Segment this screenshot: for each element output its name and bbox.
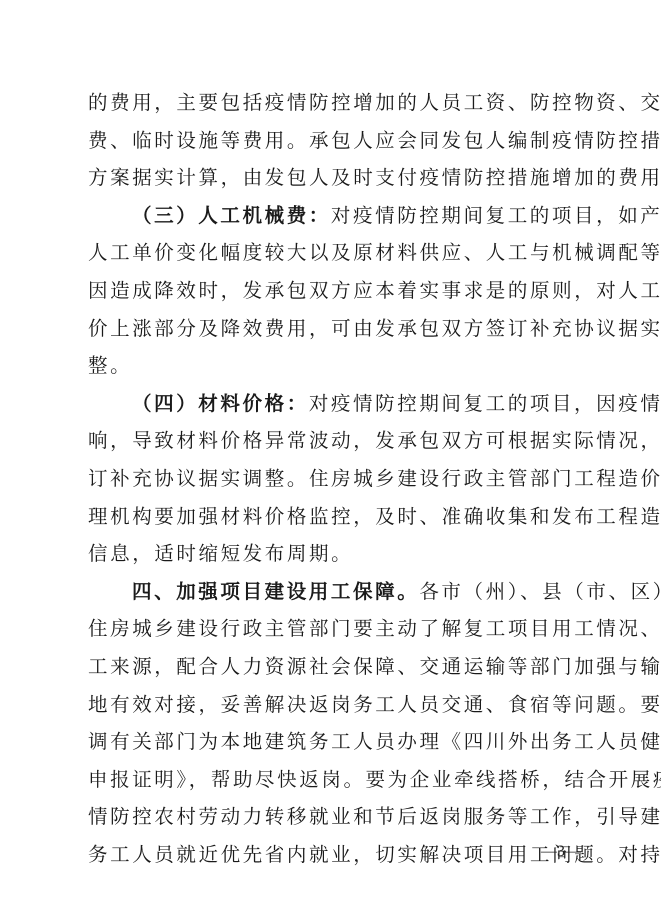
text-line: 地有效对接，妥善解决返岗务工人员交通、食宿等问题。要协 (88, 686, 582, 724)
text-line: 人工单价变化幅度较大以及原材料供应、人工与机械调配等原 (88, 234, 582, 272)
text-line: 情防控农村劳动力转移就业和节后返岗服务等工作，引导建筑 (88, 798, 582, 836)
text-line: 价上涨部分及降效费用，可由发承包双方签订补充协议据实调 (88, 310, 582, 348)
text-line: （三）人工机械费：对疫情防控期间复工的项目，如产生 (88, 197, 582, 235)
text-line: 响，导致材料价格异常波动，发承包双方可根据实际情况，签 (88, 422, 582, 460)
section-heading: 四、加强项目建设用工保障。 (132, 580, 419, 603)
text-line: 费、临时设施等费用。承包人应会同发包人编制疫情防控措施 (88, 122, 582, 160)
text-line: 信息，适时缩短发布周期。 (88, 535, 582, 573)
paragraph-cost-continuation: 的费用，主要包括疫情防控增加的人员工资、防控物资、交通 费、临时设施等费用。承包… (88, 84, 582, 197)
paragraph-material-price: （四）材料价格：对疫情防控期间复工的项目，因疫情影 响，导致材料价格异常波动，发… (88, 385, 582, 573)
section-heading: （三）人工机械费： (132, 204, 331, 227)
document-body: 的费用，主要包括疫情防控增加的人员工资、防控物资、交通 费、临时设施等费用。承包… (88, 84, 582, 873)
text-line: 申报证明》，帮助尽快返岗。要为企业牵线搭桥，结合开展疫 (88, 761, 582, 799)
text-line: 的费用，主要包括疫情防控增加的人员工资、防控物资、交通 (88, 84, 582, 122)
paragraph-labor-guarantee: 四、加强项目建设用工保障。各市（州）、县（市、区） 住房城乡建设行政主管部门要主… (88, 573, 582, 874)
text-line: 四、加强项目建设用工保障。各市（州）、县（市、区） (88, 573, 582, 611)
text-line: 因造成降效时，发承包双方应本着实事求是的原则，对人工单 (88, 272, 582, 310)
paragraph-labor-machinery: （三）人工机械费：对疫情防控期间复工的项目，如产生 人工单价变化幅度较大以及原材… (88, 197, 582, 385)
text-line: （四）材料价格：对疫情防控期间复工的项目，因疫情影 (88, 385, 582, 423)
document-page: 的费用，主要包括疫情防控增加的人员工资、防控物资、交通 费、临时设施等费用。承包… (0, 0, 661, 920)
page-number: —3— (541, 843, 581, 861)
text-line: 理机构要加强材料价格监控，及时、准确收集和发布工程造价 (88, 498, 582, 536)
text-line: 住房城乡建设行政主管部门要主动了解复工项目用工情况、用 (88, 610, 582, 648)
text-line: 整。 (88, 347, 582, 385)
section-heading: （四）材料价格： (132, 392, 309, 415)
text-line: 务工人员就近优先省内就业，切实解决项目用工问题。对持有 (88, 836, 582, 874)
text-run: 对疫情防控期间复工的项目，因疫情影 (309, 392, 661, 415)
text-line: 工来源，配合人力资源社会保障、交通运输等部门加强与输出 (88, 648, 582, 686)
text-line: 订补充协议据实调整。住房城乡建设行政主管部门工程造价管 (88, 460, 582, 498)
text-run: 各市（州）、县（市、区） (419, 580, 661, 603)
text-line: 方案据实计算，由发包人及时支付疫情防控措施增加的费用。 (88, 159, 582, 197)
text-run: 对疫情防控期间复工的项目，如产生 (331, 204, 661, 227)
text-line: 调有关部门为本地建筑务工人员办理《四川外出务工人员健康 (88, 723, 582, 761)
